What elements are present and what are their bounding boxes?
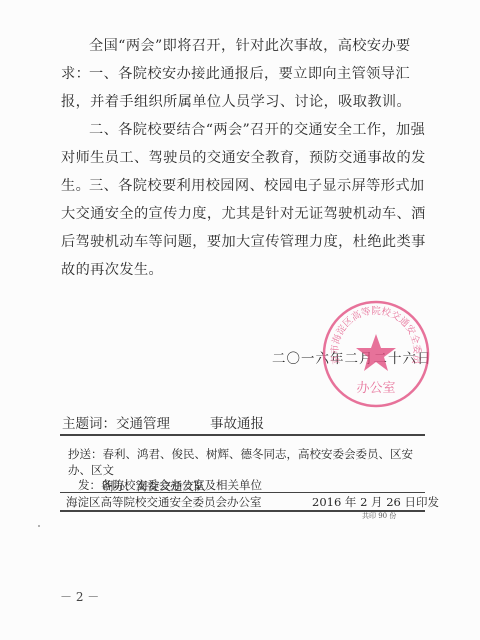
send-row: 发：各院校安委会办公室及相关单位 <box>78 477 262 493</box>
issuer: 海淀区高等院校交通安全委员会办公室 <box>66 494 262 510</box>
divider-line <box>60 492 425 493</box>
keyword-2: 事故通报 <box>210 416 264 432</box>
cc-text-line1: 春利、鸿君、俊民、树辉、德冬同志，高校安委会委员、区安办、区文 <box>68 447 413 477</box>
keywords-label: 主题词： <box>62 416 116 432</box>
document-page: 全国“两会”即将召开，针对此次事故，高校安办要求： 一、各院校安办接此通报后，要… <box>0 0 480 640</box>
cc-label: 抄送： <box>68 447 103 461</box>
item-three-paragraph: 三、各院校要利用校园网、校园电子显示屏等形式加大交通安全的宣传力度，尤其是针对无… <box>61 172 426 284</box>
divider-line <box>60 434 425 436</box>
send-label: 发： <box>78 478 101 492</box>
issue-date: 2016 年 2 月 26 日印发 <box>312 494 439 510</box>
seal-bottom-text: 办公室 <box>356 380 395 396</box>
item-one-paragraph: 一、各院校安办接此通报后，要立即向主管领导汇报，并着手组织所属单位人员学习、讨论… <box>61 60 426 116</box>
keyword-1: 交通管理 <box>116 416 170 432</box>
official-seal-icon: 北京市海淀区高等院校交通安全委员会 办公室 <box>320 298 432 410</box>
keywords-row: 主题词：交通管理事故通报 <box>62 412 264 432</box>
page-number: － 2 － <box>60 588 99 605</box>
send-text: 各院校安委会办公室及相关单位 <box>101 478 262 492</box>
scan-speck <box>38 525 40 527</box>
copies-count: 共印 90 份 <box>362 511 396 521</box>
